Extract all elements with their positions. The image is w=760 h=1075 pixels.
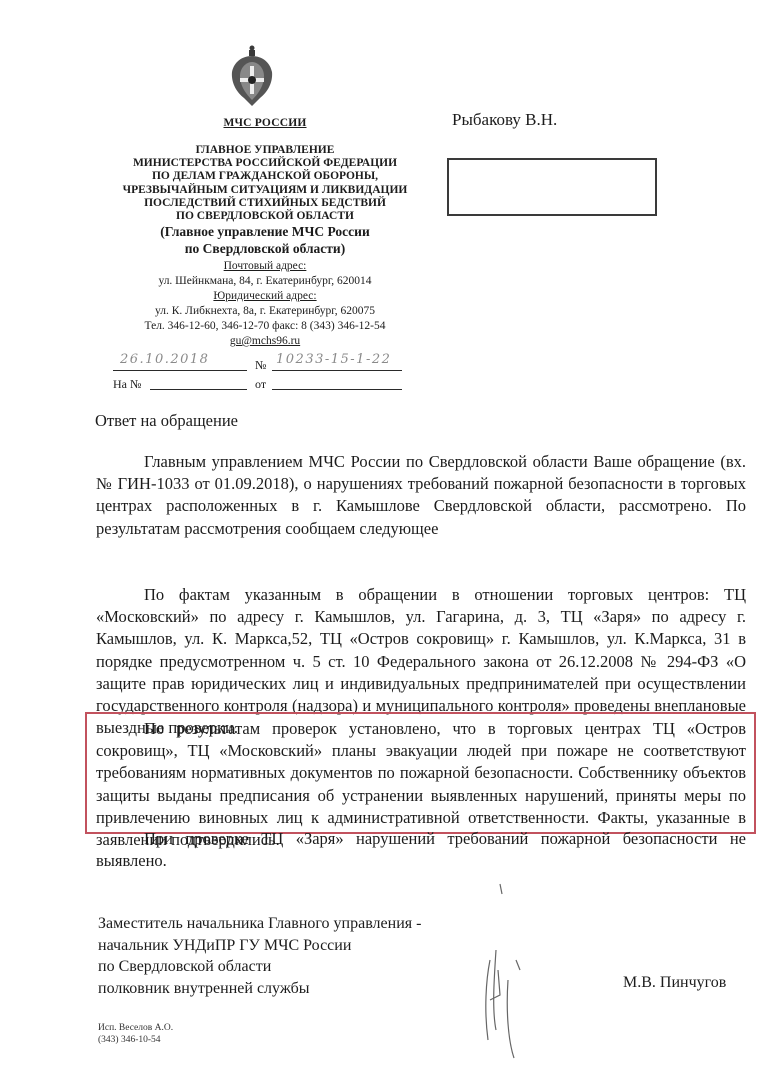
department-line: МИНИСТЕРСТВА РОССИЙСКОЙ ФЕДЕРАЦИИ xyxy=(100,157,430,170)
executor-name: Исп. Веселов А.О. xyxy=(98,1022,173,1034)
department-full-name: ГЛАВНОЕ УПРАВЛЕНИЕ МИНИСТЕРСТВА РОССИЙСК… xyxy=(100,144,430,223)
department-short-line: (Главное управление МЧС России xyxy=(100,223,430,240)
department-line: ЧРЕЗВЫЧАЙНЫМ СИТУАЦИЯМ И ЛИКВИДАЦИИ xyxy=(100,184,430,197)
from-line xyxy=(272,375,402,390)
ministry-name: МЧС РОССИИ xyxy=(100,117,430,129)
contacts-block: Почтовый адрес: ул. Шейнкмана, 84, г. Ек… xyxy=(100,259,430,349)
handwritten-date: 26.10.2018 xyxy=(120,352,209,367)
executor-phone: (343) 346-10-54 xyxy=(98,1034,173,1046)
department-short-line: по Свердловской области) xyxy=(100,240,430,257)
email-link[interactable]: gu@mchs96.ru xyxy=(100,334,430,349)
handwritten-number: 10233-15-1-22 xyxy=(276,352,391,367)
department-line: ПОСЛЕДСТВИЙ СТИХИЙНЫХ БЕДСТВИЙ xyxy=(100,197,430,210)
reply-to-line xyxy=(150,375,247,390)
reply-to-label: На № xyxy=(113,377,141,392)
postal-address: ул. Шейнкмана, 84, г. Екатеринбург, 6200… xyxy=(100,274,430,289)
body-paragraph: Главным управлением МЧС России по Свердл… xyxy=(96,451,746,540)
department-line: ГЛАВНОЕ УПРАВЛЕНИЕ xyxy=(100,144,430,157)
legal-address-label: Юридический адрес: xyxy=(100,289,430,304)
position-line: по Свердловской области xyxy=(98,956,421,978)
redacted-address-box xyxy=(447,158,657,216)
postal-address-label: Почтовый адрес: xyxy=(100,259,430,274)
position-line: Заместитель начальника Главного управлен… xyxy=(98,913,421,935)
signatory-name: М.В. Пинчугов xyxy=(623,974,726,992)
number-label: № xyxy=(255,358,266,373)
position-line: начальник УНДиПР ГУ МЧС России xyxy=(98,935,421,957)
department-line: ПО СВЕРДЛОВСКОЙ ОБЛАСТИ xyxy=(100,210,430,223)
mchs-emblem-icon xyxy=(228,44,276,108)
body-paragraph: При проверке ТЦ «Заря» нарушений требова… xyxy=(96,828,746,872)
signatory-position: Заместитель начальника Главного управлен… xyxy=(98,913,421,999)
from-label: от xyxy=(255,377,266,392)
legal-address: ул. К. Либкнехта, 8а, г. Екатеринбург, 6… xyxy=(100,304,430,319)
handwritten-signature-icon xyxy=(460,880,530,1060)
executor-info: Исп. Веселов А.О. (343) 346-10-54 xyxy=(98,1022,173,1046)
position-line: полковник внутренней службы xyxy=(98,978,421,1000)
subject-line: Ответ на обращение xyxy=(95,411,238,431)
addressee-name: Рыбакову В.Н. xyxy=(452,110,557,130)
department-line: ПО ДЕЛАМ ГРАЖДАНСКОЙ ОБОРОНЫ, xyxy=(100,170,430,183)
department-short-name: (Главное управление МЧС России по Свердл… xyxy=(100,223,430,257)
phones: Тел. 346-12-60, 346-12-70 факс: 8 (343) … xyxy=(100,319,430,334)
